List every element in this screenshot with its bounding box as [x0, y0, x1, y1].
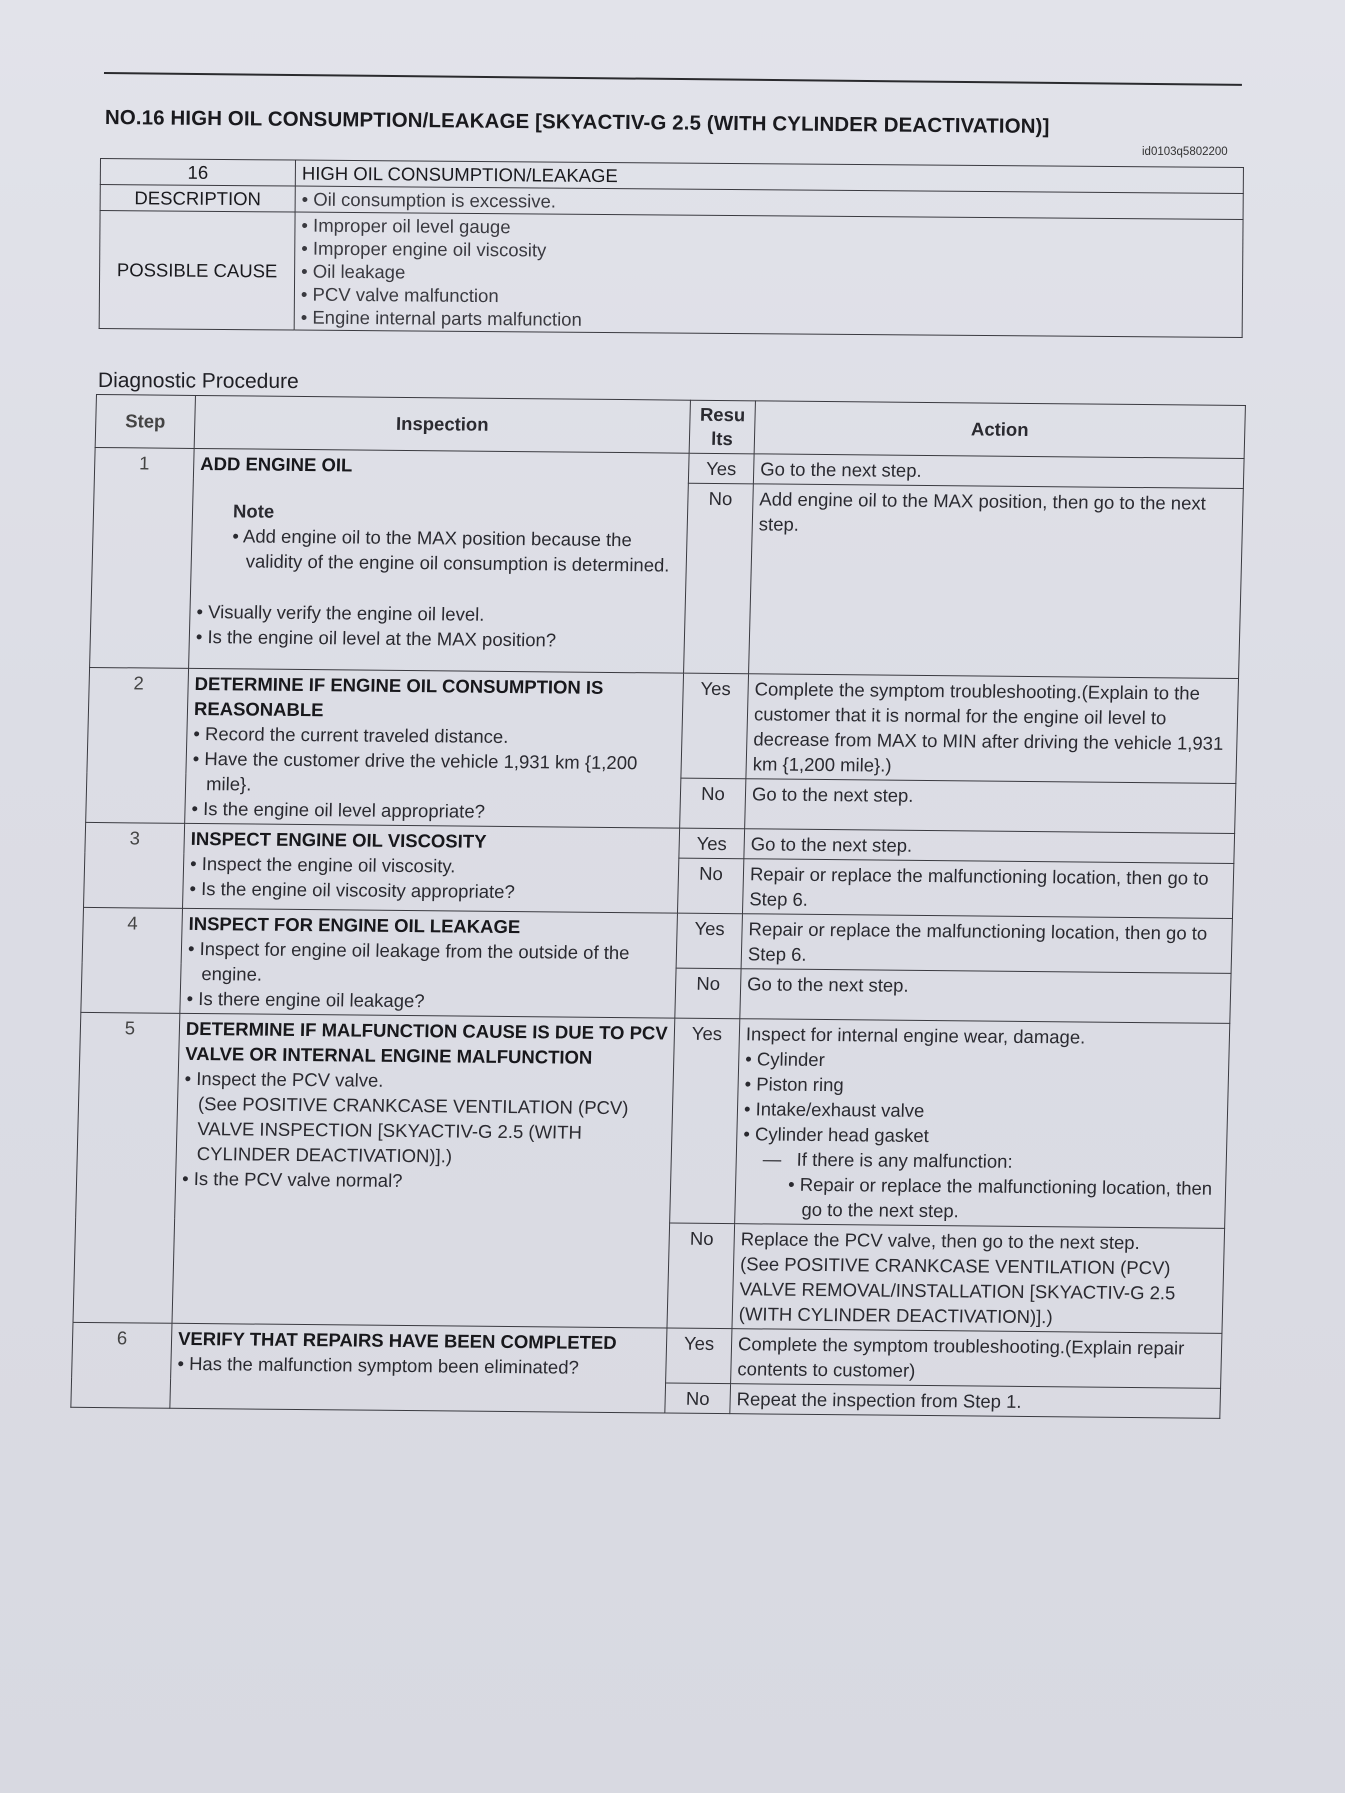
inspection-cell: DETERMINE IF ENGINE OIL CONSUMPTION IS R… — [185, 668, 684, 828]
document-page: NO.16 HIGH OIL CONSUMPTION/LEAKAGE [SKYA… — [0, 0, 1345, 1793]
step-number: 2 — [86, 667, 189, 823]
symptom-summary-table: 16 HIGH OIL CONSUMPTION/LEAKAGE DESCRIPT… — [99, 158, 1244, 338]
step-number: 4 — [81, 907, 183, 1013]
inspection-cell: INSPECT ENGINE OIL VISCOSITY Inspect the… — [182, 823, 679, 913]
column-header-action: Action — [754, 401, 1245, 459]
column-header-step: Step — [95, 395, 195, 449]
step-number: 6 — [71, 1322, 172, 1408]
result-yes: Yes — [688, 453, 754, 484]
description-label: DESCRIPTION — [100, 185, 295, 213]
table-row: 2 DETERMINE IF ENGINE OIL CONSUMPTION IS… — [87, 667, 1239, 783]
diagnostic-procedure-table: Step Inspection Results Action 1 ADD ENG… — [70, 394, 1246, 1419]
action-no: Add engine oil to the MAX position, then… — [749, 484, 1244, 679]
column-header-results: Results — [689, 400, 755, 454]
inspection-item: Has the malfunction symptom been elimina… — [177, 1351, 660, 1381]
page-title: NO.16 HIGH OIL CONSUMPTION/LEAKAGE [SKYA… — [105, 106, 1050, 139]
result-no: No — [680, 778, 746, 829]
inspection-cell: VERIFY THAT REPAIRS HAVE BEEN COMPLETED … — [170, 1323, 667, 1413]
result-yes: Yes — [676, 913, 742, 969]
header-rule — [104, 72, 1242, 86]
step-number: 5 — [73, 1012, 180, 1323]
table-row: 5 DETERMINE IF MALFUNCTION CAUSE IS DUE … — [76, 1012, 1230, 1228]
inspection-item: Have the customer drive the vehicle 1,93… — [192, 746, 675, 801]
symptom-number: 16 — [100, 159, 295, 187]
action-no: Repeat the inspection from Step 1. — [730, 1384, 1221, 1419]
action-no: Go to the next step. — [745, 779, 1236, 834]
action-yes: Complete the symptom troubleshooting.(Ex… — [731, 1329, 1222, 1389]
step-number: 1 — [90, 447, 195, 668]
step-heading: ADD ENGINE OIL — [200, 451, 683, 481]
result-yes: Yes — [666, 1328, 732, 1384]
result-no: No — [675, 968, 741, 1019]
action-yes: Go to the next step. — [753, 454, 1244, 489]
inspection-item: Is the engine oil level at the MAX posit… — [196, 624, 679, 654]
result-no: No — [684, 483, 754, 674]
reference-text: (See POSITIVE CRANKCASE VENTILATION (PCV… — [182, 1091, 666, 1171]
inspection-item: Inspect for engine oil leakage from the … — [187, 936, 670, 991]
step-heading: DETERMINE IF MALFUNCTION CAUSE IS DUE TO… — [185, 1016, 668, 1071]
action-reference: (See POSITIVE CRANKCASE VENTILATION (PCV… — [739, 1251, 1218, 1331]
action-no: Replace the PCV valve, then go to the ne… — [732, 1224, 1225, 1334]
step-number: 3 — [84, 822, 185, 908]
action-no: Repair or replace the malfunctioning loc… — [742, 859, 1233, 919]
inspection-item: Is there engine oil leakage? — [186, 986, 669, 1016]
inspection-cell: INSPECT FOR ENGINE OIL LEAKAGE Inspect f… — [180, 908, 678, 1018]
action-yes: Complete the symptom troubleshooting.(Ex… — [746, 674, 1239, 784]
step-heading: DETERMINE IF ENGINE OIL CONSUMPTION IS R… — [194, 671, 677, 726]
action-sub-item: Repair or replace the malfunctioning loc… — [741, 1171, 1219, 1226]
possible-cause-list: Improper oil level gauge Improper engine… — [294, 212, 1243, 337]
result-yes: Yes — [670, 1018, 740, 1224]
column-header-inspection: Inspection — [194, 395, 690, 453]
note-text: Add engine oil to the MAX position becau… — [231, 523, 680, 577]
document-id: id0103q5802200 — [1142, 146, 1228, 158]
result-no: No — [667, 1223, 735, 1329]
table-row: 6 VERIFY THAT REPAIRS HAVE BEEN COMPLETE… — [72, 1322, 1222, 1388]
result-no: No — [677, 858, 743, 914]
action-yes: Inspect for internal engine wear, damage… — [735, 1019, 1230, 1229]
inspection-item: Is the PCV valve normal? — [182, 1166, 665, 1196]
action-yes: Go to the next step. — [744, 829, 1235, 864]
inspection-cell: ADD ENGINE OIL Note Add engine oil to th… — [189, 448, 690, 673]
action-no: Go to the next step. — [740, 969, 1231, 1024]
diagnostic-procedure-heading: Diagnostic Procedure — [98, 369, 299, 394]
inspection-cell: DETERMINE IF MALFUNCTION CAUSE IS DUE TO… — [172, 1013, 675, 1328]
result-yes: Yes — [679, 828, 745, 859]
table-row: 4 INSPECT FOR ENGINE OIL LEAKAGE Inspect… — [82, 907, 1232, 973]
action-yes: Repair or replace the malfunctioning loc… — [741, 914, 1232, 974]
possible-cause-label: POSSIBLE CAUSE — [99, 211, 295, 331]
summary-row-causes: POSSIBLE CAUSE Improper oil level gauge … — [99, 211, 1243, 338]
result-yes: Yes — [681, 673, 749, 779]
inspection-item: Is the engine oil level appropriate? — [191, 796, 674, 826]
inspection-item: Is the engine oil viscosity appropriate? — [189, 876, 672, 906]
result-no: No — [665, 1383, 731, 1414]
